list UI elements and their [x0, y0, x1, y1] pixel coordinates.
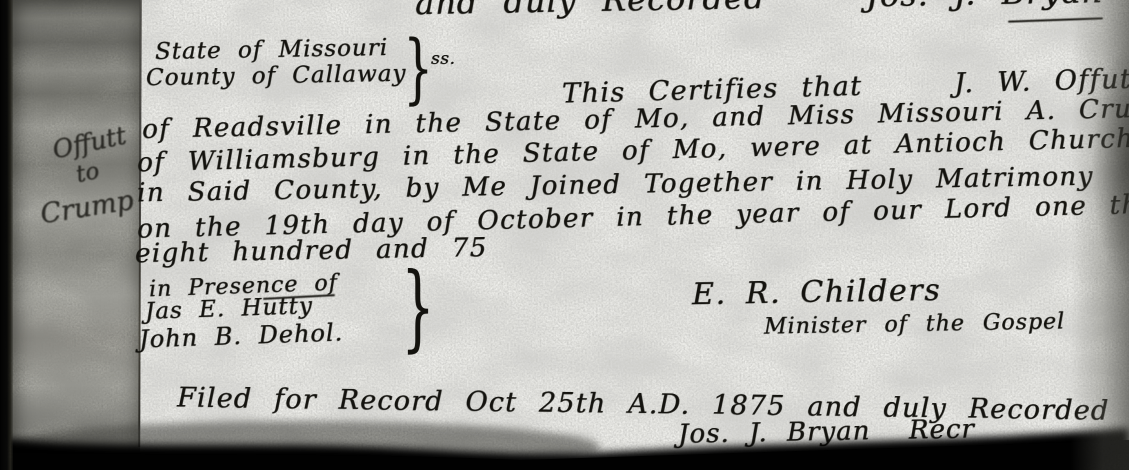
witness-name-2: John B. Dehol.	[139, 319, 344, 353]
jurat-county-line: County of Callaway	[146, 62, 407, 92]
officiant-signature: E. R. Childers	[692, 274, 942, 311]
film-edge-left	[0, 0, 13, 470]
document-scan: and duly Recorded Jos. J. Bryan Recr Off…	[0, 0, 1129, 470]
previous-record-partial-line: and duly Recorded Jos. J. Bryan Recr	[415, 0, 1129, 21]
margin-column	[10, 0, 140, 470]
jurat-brace: }	[404, 34, 433, 102]
recorder-underline-flourish	[1008, 17, 1103, 22]
witnesses-brace: }	[401, 266, 434, 351]
jurat-ss-abbreviation: ss.	[431, 50, 455, 69]
body-line-6: eight hundred and 75	[135, 234, 488, 269]
recorder-signature: Jos. J. Bryan Recr	[678, 415, 975, 449]
officiant-title: Minister of the Gospel	[764, 310, 1065, 339]
